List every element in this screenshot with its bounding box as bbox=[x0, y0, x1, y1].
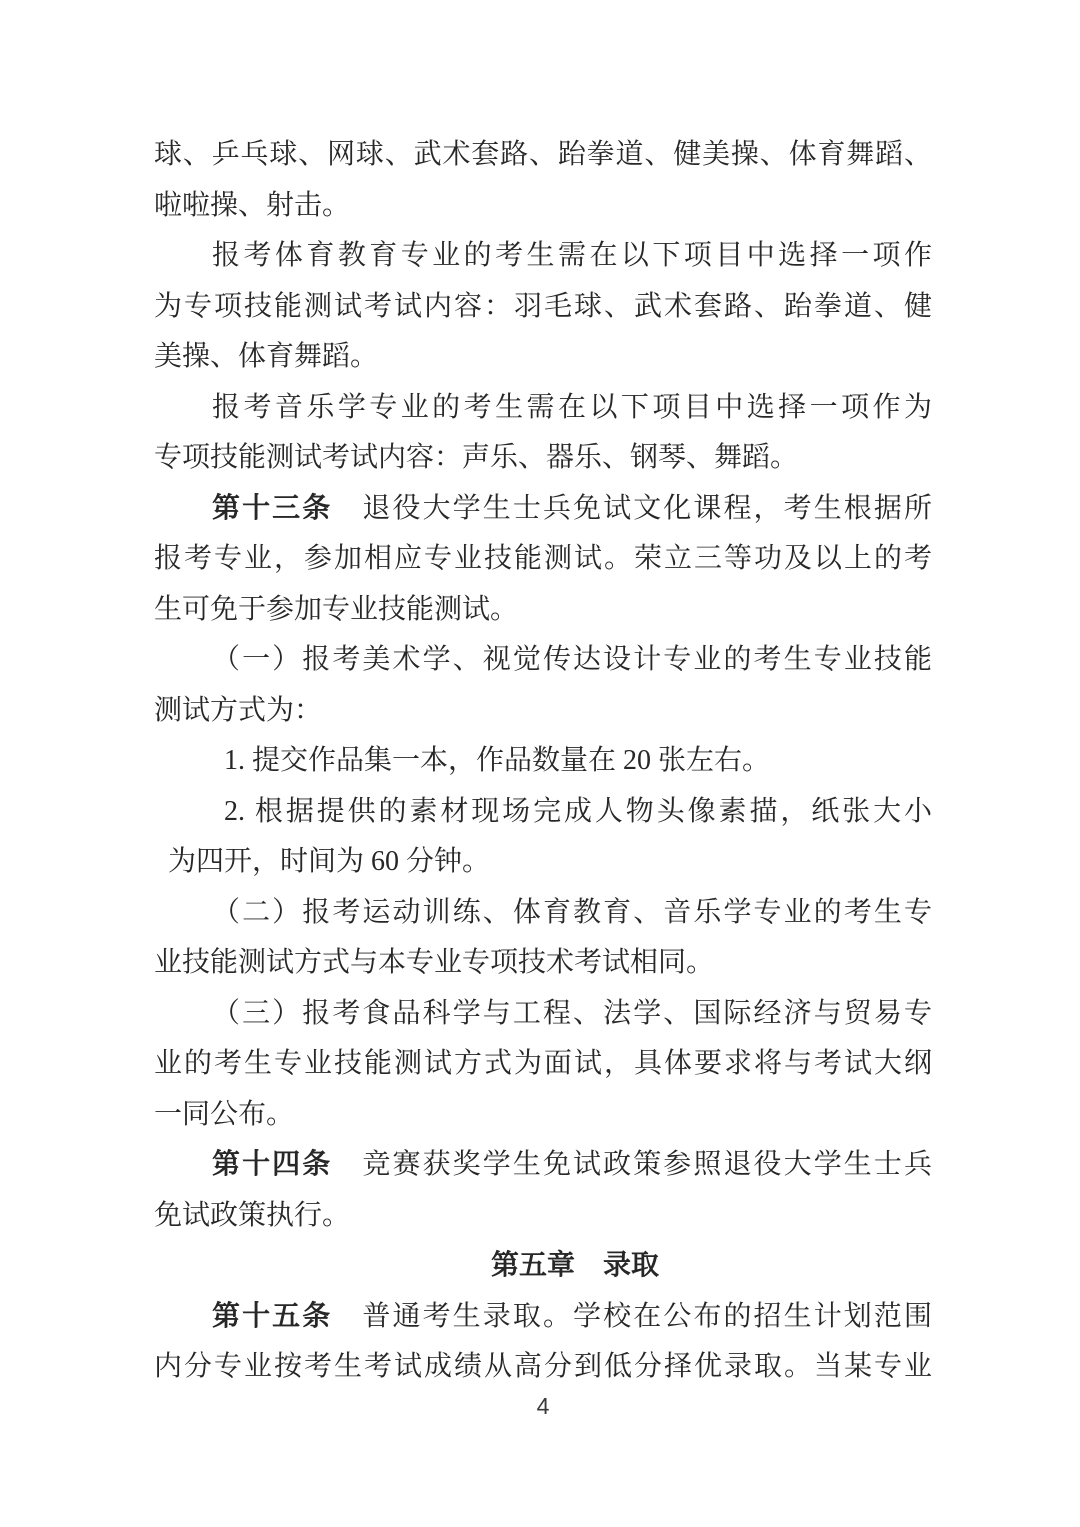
article-number: 第十三条 bbox=[212, 493, 332, 524]
page-number: 4 bbox=[154, 1390, 932, 1422]
article-text: 竞赛获奖学生免试政策参照退役大学生士兵 bbox=[332, 1149, 932, 1180]
article-number: 第十四条 bbox=[212, 1149, 332, 1180]
article-text: 普通考生录取。学校在公布的招生计划范围 bbox=[332, 1301, 932, 1332]
text-line: 第十四条 竞赛获奖学生免试政策参照退役大学生士兵 bbox=[154, 1140, 932, 1191]
paragraph-pe-major-test-items: 报考体育教育专业的考生需在以下项目中选择一项作 为专项技能测试考试内容：羽毛球、… bbox=[154, 231, 932, 383]
chapter-heading: 第五章 录取 bbox=[154, 1241, 932, 1292]
article-number: 第十五条 bbox=[212, 1301, 332, 1332]
page-content: 球、乒乓球、网球、武术套路、跆拳道、健美操、体育舞蹈、 啦啦操、射击。 报考体育… bbox=[154, 130, 932, 1393]
text-line: 测试方式为： bbox=[154, 686, 932, 737]
text-line: （二）报考运动训练、体育教育、音乐学专业的考生专 bbox=[154, 888, 932, 939]
text-line: 2. 根据提供的素材现场完成人物头像素描，纸张大小 bbox=[154, 787, 932, 838]
paragraph-item-1-art-majors: （一）报考美术学、视觉传达设计专业的考生专业技能 测试方式为： bbox=[154, 635, 932, 736]
text-line: 业技能测试方式与本专业专项技术考试相同。 bbox=[154, 938, 932, 989]
text-line: 一同公布。 bbox=[154, 1090, 932, 1141]
paragraph-sports-items-continued: 球、乒乓球、网球、武术套路、跆拳道、健美操、体育舞蹈、 啦啦操、射击。 bbox=[154, 130, 932, 231]
text-line: （三）报考食品科学与工程、法学、国际经济与贸易专 bbox=[154, 989, 932, 1040]
text-line: 为四开，时间为 60 分钟。 bbox=[154, 837, 932, 888]
text-line: 第十五条 普通考生录取。学校在公布的招生计划范围 bbox=[154, 1292, 932, 1343]
paragraph-subitem-1-portfolio: 1. 提交作品集一本，作品数量在 20 张左右。 bbox=[154, 736, 932, 787]
paragraph-article-15: 第十五条 普通考生录取。学校在公布的招生计划范围 内分专业按考生考试成绩从高分到… bbox=[154, 1292, 932, 1393]
text-line: （一）报考美术学、视觉传达设计专业的考生专业技能 bbox=[154, 635, 932, 686]
paragraph-item-2-sports-music: （二）报考运动训练、体育教育、音乐学专业的考生专 业技能测试方式与本专业专项技术… bbox=[154, 888, 932, 989]
text-line: 报考专业，参加相应专业技能测试。荣立三等功及以上的考 bbox=[154, 534, 932, 585]
paragraph-article-13: 第十三条 退役大学生士兵免试文化课程，考生根据所 报考专业，参加相应专业技能测试… bbox=[154, 484, 932, 636]
text-line: 报考体育教育专业的考生需在以下项目中选择一项作 bbox=[154, 231, 932, 282]
text-line: 第十三条 退役大学生士兵免试文化课程，考生根据所 bbox=[154, 484, 932, 535]
text-line: 啦啦操、射击。 bbox=[154, 181, 932, 232]
document-page: 球、乒乓球、网球、武术套路、跆拳道、健美操、体育舞蹈、 啦啦操、射击。 报考体育… bbox=[0, 0, 1080, 1527]
text-line: 专项技能测试考试内容：声乐、器乐、钢琴、舞蹈。 bbox=[154, 433, 932, 484]
text-line: 报考音乐学专业的考生需在以下项目中选择一项作为 bbox=[154, 383, 932, 434]
text-line: 球、乒乓球、网球、武术套路、跆拳道、健美操、体育舞蹈、 bbox=[154, 130, 932, 181]
paragraph-music-major-test-items: 报考音乐学专业的考生需在以下项目中选择一项作为 专项技能测试考试内容：声乐、器乐… bbox=[154, 383, 932, 484]
text-line: 为专项技能测试考试内容：羽毛球、武术套路、跆拳道、健 bbox=[154, 282, 932, 333]
paragraph-item-3-interview: （三）报考食品科学与工程、法学、国际经济与贸易专 业的考生专业技能测试方式为面试… bbox=[154, 989, 932, 1141]
text-line: 1. 提交作品集一本，作品数量在 20 张左右。 bbox=[154, 736, 932, 787]
text-line: 内分专业按考生考试成绩从高分到低分择优录取。当某专业 bbox=[154, 1342, 932, 1393]
paragraph-subitem-2-sketch: 2. 根据提供的素材现场完成人物头像素描，纸张大小 为四开，时间为 60 分钟。 bbox=[154, 787, 932, 888]
text-line: 业的考生专业技能测试方式为面试，具体要求将与考试大纲 bbox=[154, 1039, 932, 1090]
article-text: 退役大学生士兵免试文化课程，考生根据所 bbox=[332, 493, 932, 524]
text-line: 美操、体育舞蹈。 bbox=[154, 332, 932, 383]
text-line: 免试政策执行。 bbox=[154, 1191, 932, 1242]
text-line: 生可免于参加专业技能测试。 bbox=[154, 585, 932, 636]
paragraph-article-14: 第十四条 竞赛获奖学生免试政策参照退役大学生士兵 免试政策执行。 bbox=[154, 1140, 932, 1241]
